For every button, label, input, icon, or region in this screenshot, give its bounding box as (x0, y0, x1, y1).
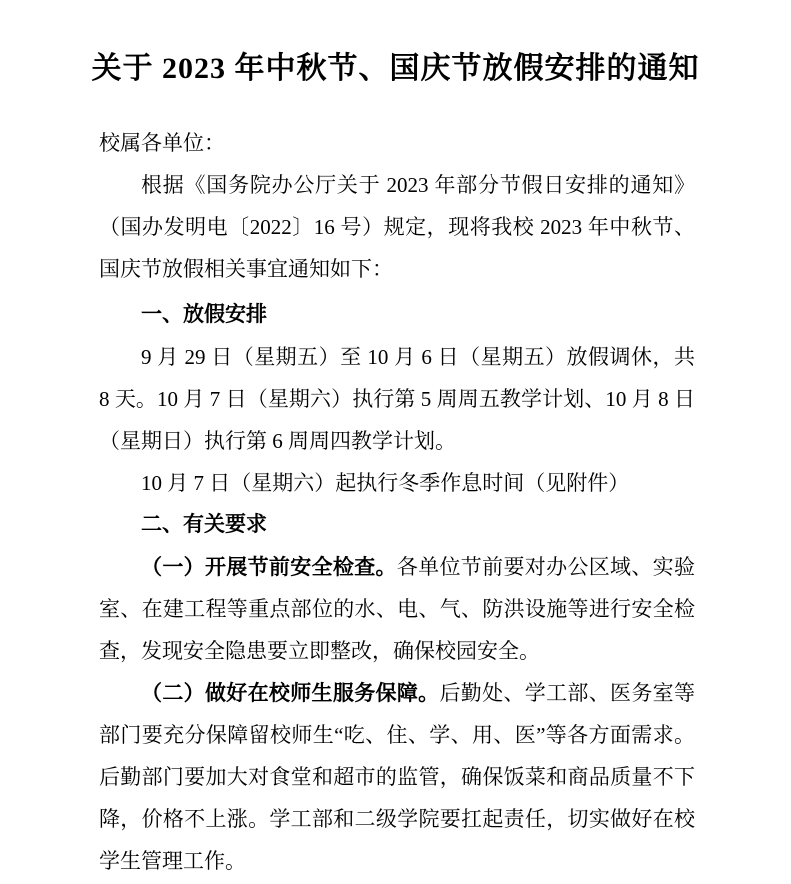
intro-paragraph-line: （国办发明电〔2022〕16 号）规定，现将我校 2023 年中秋节、 (99, 206, 695, 248)
body-text-run: 室、在建工程等重点部位的水、电、气、防洪设施等进行安全检 (99, 597, 695, 621)
body-text-run: 查，发现安全隐患要立即整改，确保校园安全。 (99, 639, 540, 663)
page-title: 关于 2023 年中秋节、国庆节放假安排的通知 (0, 0, 791, 92)
holiday-schedule-paragraph: 9 月 29 日（星期五）至 10 月 6 日（星期五）放假调休，共8 天。10… (99, 336, 695, 462)
service-guarantee-paragraph-line: 降，价格不上涨。学工部和二级学院要扛起责任，切实做好在校 (99, 798, 695, 840)
service-guarantee-paragraph-line: 后勤部门要加大对食堂和超市的监管，确保饭菜和商品质量不下 (99, 756, 695, 798)
body-text-run: 10 月 7 日（星期六）起执行冬季作息时间（见附件） (141, 471, 629, 495)
safety-check-paragraph-line: 室、在建工程等重点部位的水、电、气、防洪设施等进行安全检 (99, 588, 695, 630)
section2-heading: 二、有关要求 (99, 504, 695, 546)
bold-lead-text: 二、有关要求 (141, 513, 267, 536)
service-guarantee-paragraph-line: 学生管理工作。 (99, 840, 695, 882)
body-text-run: 后勤处、学工部、医务室等 (439, 681, 695, 705)
bold-lead-text: （二）做好在校师生服务保障。 (141, 681, 439, 705)
service-guarantee-paragraph-line: 部门要充分保障留校师生“吃、住、学、用、医”等各方面需求。 (99, 714, 695, 756)
holiday-schedule-paragraph-line: 9 月 29 日（星期五）至 10 月 6 日（星期五）放假调休，共 (99, 336, 695, 378)
body-text-run: 根据《国务院办公厅关于 2023 年部分节假日安排的通知》 (141, 173, 695, 197)
body-text-run: 校属各单位： (99, 131, 225, 155)
holiday-schedule-paragraph-line: （星期日）执行第 6 周周四教学计划。 (99, 420, 695, 462)
body-text-run: 部门要充分保障留校师生“吃、住、学、用、医”等各方面需求。 (99, 723, 695, 747)
safety-check-paragraph: （一）开展节前安全检查。各单位节前要对办公区域、实验室、在建工程等重点部位的水、… (99, 546, 695, 672)
section1-heading-line: 一、放假安排 (99, 294, 695, 336)
holiday-schedule-paragraph-line: 8 天。10 月 7 日（星期六）执行第 5 周周五教学计划、10 月 8 日 (99, 378, 695, 420)
bold-lead-text: 一、放假安排 (141, 303, 267, 326)
bold-lead-text: （一）开展节前安全检查。 (141, 555, 397, 579)
salutation: 校属各单位： (99, 122, 695, 164)
body-text-run: 降，价格不上涨。学工部和二级学院要扛起责任，切实做好在校 (99, 807, 695, 831)
section1-heading: 一、放假安排 (99, 294, 695, 336)
notice-page: 关于 2023 年中秋节、国庆节放假安排的通知 校属各单位：根据《国务院办公厅关… (0, 0, 791, 884)
body-text-run: 8 天。10 月 7 日（星期六）执行第 5 周周五教学计划、10 月 8 日 (99, 387, 695, 411)
body-text-run: 各单位节前要对办公区域、实验 (397, 555, 695, 579)
body-text-run: 国庆节放假相关事宜通知如下： (99, 257, 393, 281)
safety-check-paragraph-line: （一）开展节前安全检查。各单位节前要对办公区域、实验 (99, 546, 695, 588)
section2-heading-line: 二、有关要求 (99, 504, 695, 546)
body-text-run: （国办发明电〔2022〕16 号）规定，现将我校 2023 年中秋节、 (99, 215, 695, 239)
intro-paragraph: 根据《国务院办公厅关于 2023 年部分节假日安排的通知》（国办发明电〔2022… (99, 164, 695, 290)
winter-time-paragraph-line: 10 月 7 日（星期六）起执行冬季作息时间（见附件） (99, 462, 695, 504)
winter-time-paragraph: 10 月 7 日（星期六）起执行冬季作息时间（见附件） (99, 462, 695, 504)
service-guarantee-paragraph: （二）做好在校师生服务保障。后勤处、学工部、医务室等部门要充分保障留校师生“吃、… (99, 672, 695, 882)
salutation-line: 校属各单位： (99, 122, 695, 164)
body-text-run: 学生管理工作。 (99, 849, 246, 873)
body-text-run: 9 月 29 日（星期五）至 10 月 6 日（星期五）放假调休，共 (141, 345, 695, 369)
body-text-run: （星期日）执行第 6 周周四教学计划。 (99, 429, 456, 453)
safety-check-paragraph-line: 查，发现安全隐患要立即整改，确保校园安全。 (99, 630, 695, 672)
intro-paragraph-line: 根据《国务院办公厅关于 2023 年部分节假日安排的通知》 (99, 164, 695, 206)
doc-body: 校属各单位：根据《国务院办公厅关于 2023 年部分节假日安排的通知》（国办发明… (99, 122, 695, 882)
service-guarantee-paragraph-line: （二）做好在校师生服务保障。后勤处、学工部、医务室等 (99, 672, 695, 714)
intro-paragraph-line: 国庆节放假相关事宜通知如下： (99, 248, 695, 290)
body-text-run: 后勤部门要加大对食堂和超市的监管，确保饭菜和商品质量不下 (99, 765, 695, 789)
